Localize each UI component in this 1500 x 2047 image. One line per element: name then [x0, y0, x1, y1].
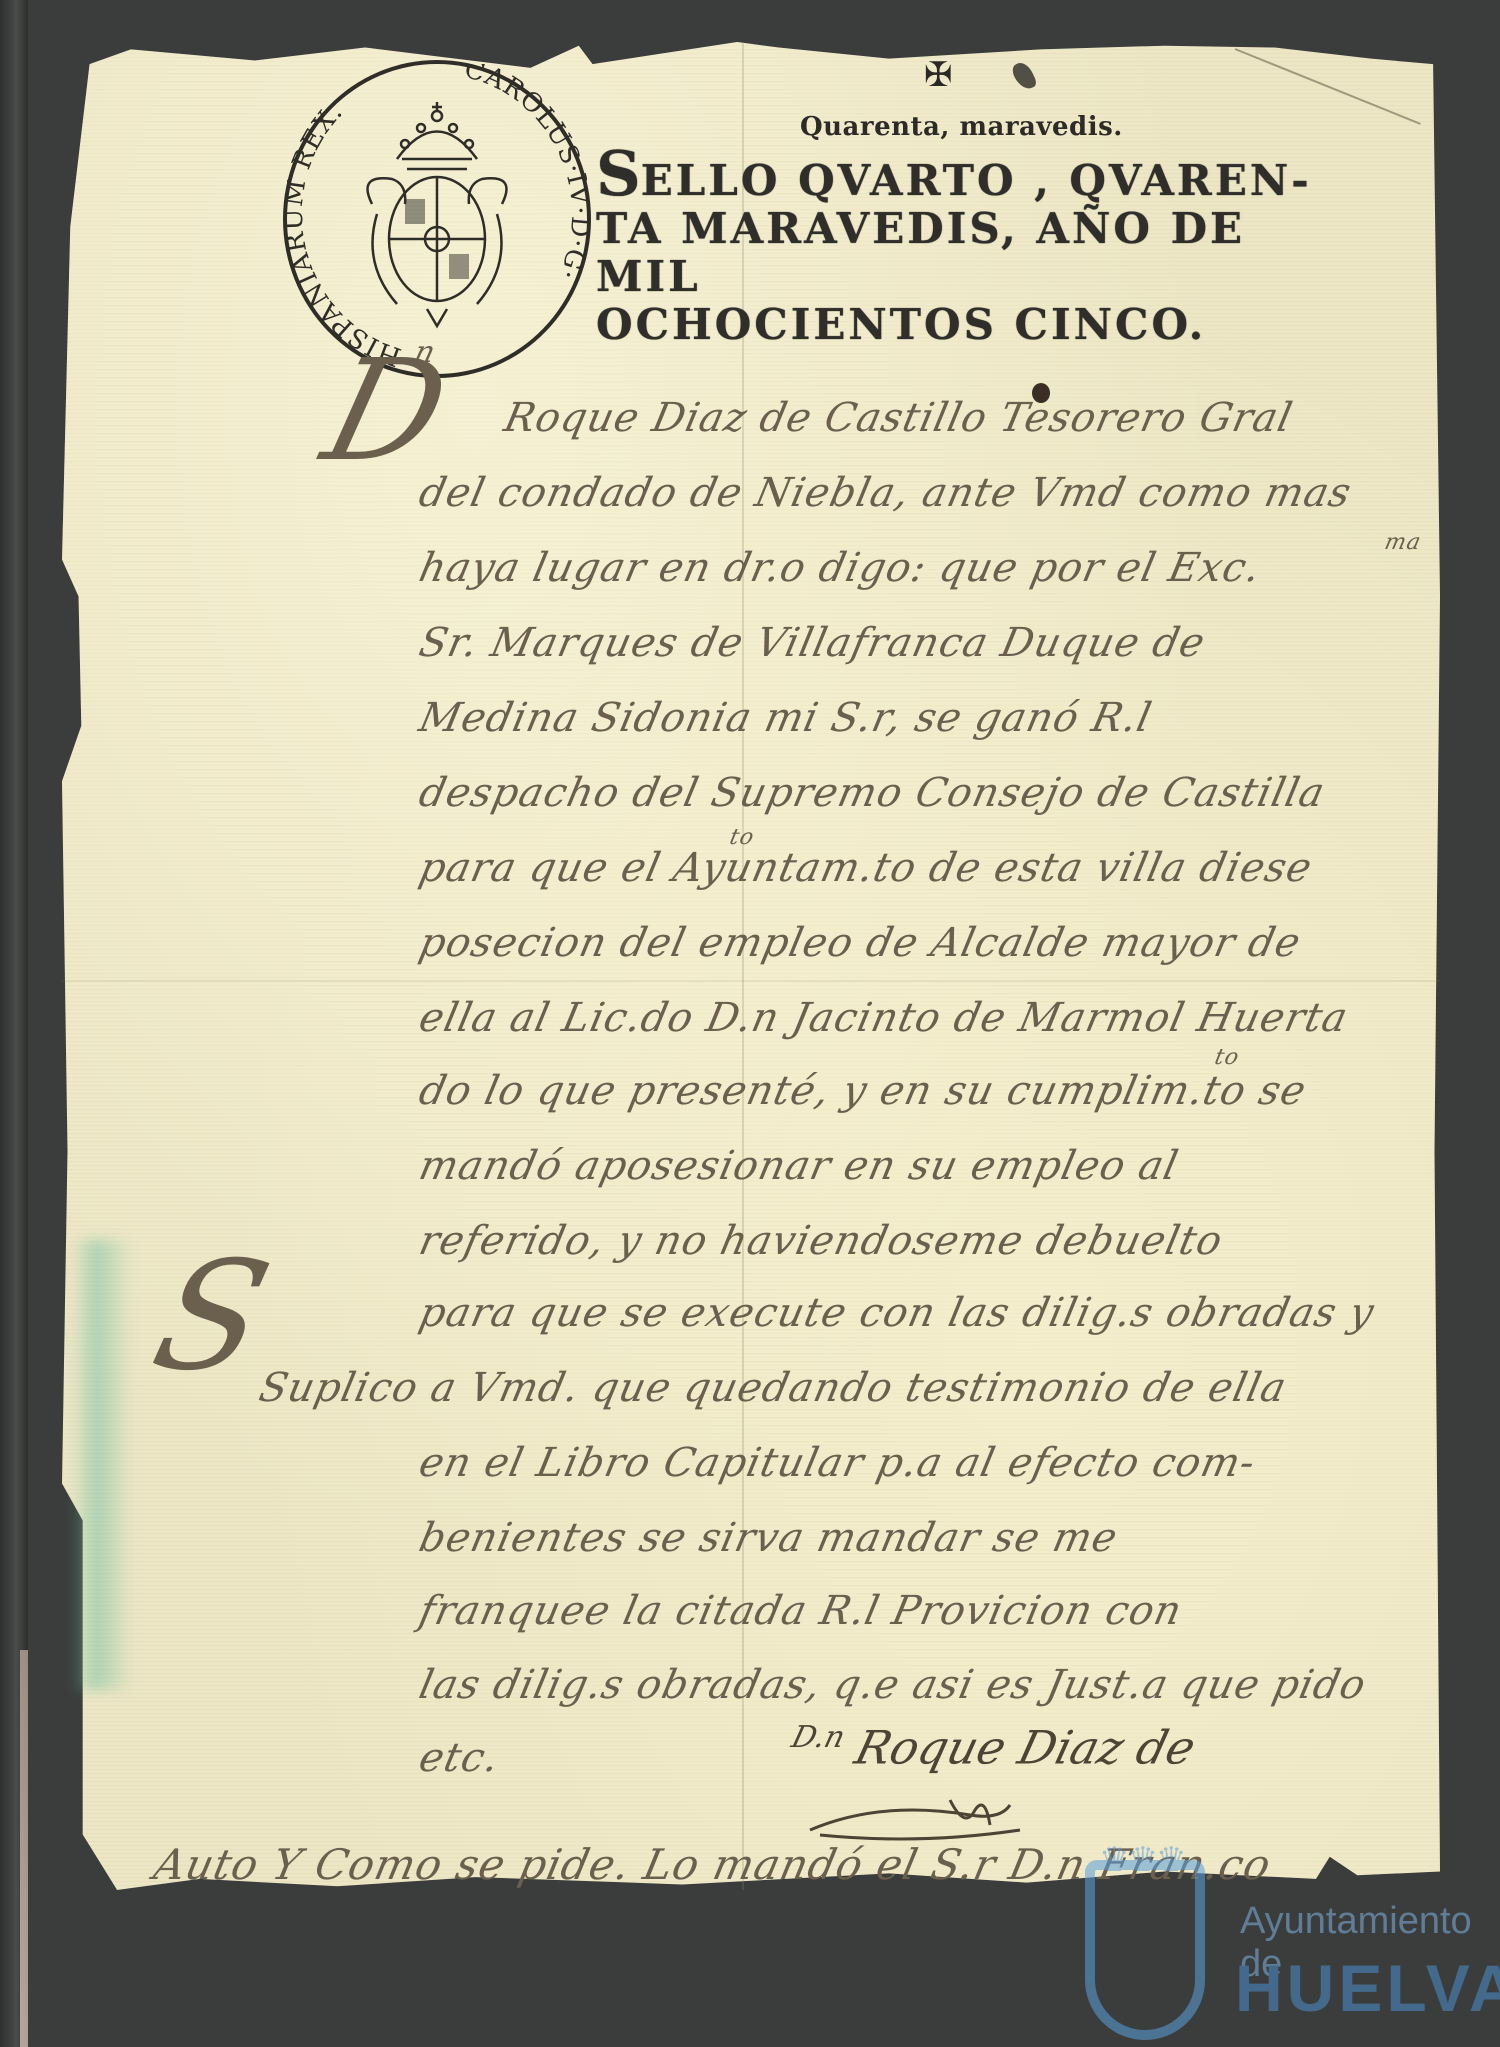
body-line-18: las dilig.s obradas, q.e asi es Just.a q… — [415, 1662, 1370, 1708]
watermark-city: HUELVA — [1235, 1950, 1500, 2026]
horizontal-fold-line — [62, 980, 1440, 982]
stamp-value-line: Quarenta, maravedis. — [800, 112, 1123, 142]
seal-legend-right: CAROLUS·IV·D·G· — [461, 64, 587, 285]
body-line-4: Sr. Marques de Villafranca Duque de — [415, 620, 1209, 666]
signature-name: Roque Diaz — [850, 1720, 1130, 1774]
green-stain — [72, 1240, 132, 1690]
body-line-12: referido, y no haviendoseme debuelto — [415, 1218, 1227, 1264]
body-line-11: mandó aposesionar en su empleo al — [415, 1143, 1183, 1189]
body-line-15: en el Libro Capitular p.a al efecto com- — [415, 1440, 1260, 1486]
stamp-text-block: SELLO QVARTO , QVAREN- TA MARAVEDIS, AÑO… — [596, 150, 1356, 349]
body-line-1: Roque Diaz de Castillo Tesorero Gral — [500, 395, 1297, 441]
huelva-watermark: ♛♛♛ Ayuntamiento de HUELVA — [1085, 1840, 1485, 2047]
body-line-10: do lo que presenté, y en su cumplim.to s… — [415, 1068, 1311, 1114]
signature-prefix: D.n — [788, 1720, 849, 1755]
body-line-9: ella al Lic.do D.n Jacinto de Marmol Hue… — [415, 995, 1352, 1041]
body-line-3: haya lugar en dr.o digo: que por el Exc. — [415, 545, 1265, 591]
frame-paper-strip — [20, 1650, 28, 2047]
body-line-6: despacho del Supremo Consejo de Castilla — [415, 770, 1329, 816]
body-line-13: para que se execute con las dilig.s obra… — [415, 1290, 1378, 1336]
body-line-8: posecion del empleo de Alcalde mayor de — [415, 920, 1305, 966]
stamp-line-2: TA MARAVEDIS, AÑO DE MIL — [596, 205, 1356, 301]
body-line-7: para que el Ayuntam.to de esta villa die… — [415, 845, 1316, 891]
signature: D.n Roque Diaz de — [783, 1720, 1201, 1774]
body-line-5: Medina Sidonia mi S.r, se ganó R.l — [415, 695, 1156, 741]
stamp-initial: S — [596, 137, 641, 210]
cross-icon: ✠ — [924, 58, 953, 92]
body-line-2: del condado de Niebla, ante Vmd como mas — [415, 470, 1356, 516]
seal-emblem-icon: HISPANIARUM REX. CAROLUS·IV·D·G· — [287, 64, 587, 374]
stamp-line-3: OCHOCIENTOS CINCO. — [596, 301, 1356, 349]
body-line-17: franquee la citada R.l Provicion con — [415, 1588, 1186, 1634]
stamp-line-1: SELLO QVARTO , QVAREN- — [596, 150, 1356, 205]
body-line-14: Suplico a Vmd. que quedando testimonio d… — [255, 1365, 1291, 1411]
body-line-16: benientes se sirva mandar se me — [415, 1515, 1122, 1561]
body-line-19: etc. — [415, 1735, 504, 1781]
superscript-ma: ma — [1382, 530, 1423, 555]
stamp-line-1-rest: ELLO QVARTO , QVAREN- — [641, 156, 1312, 205]
crest-shield-icon — [1085, 1860, 1205, 2040]
